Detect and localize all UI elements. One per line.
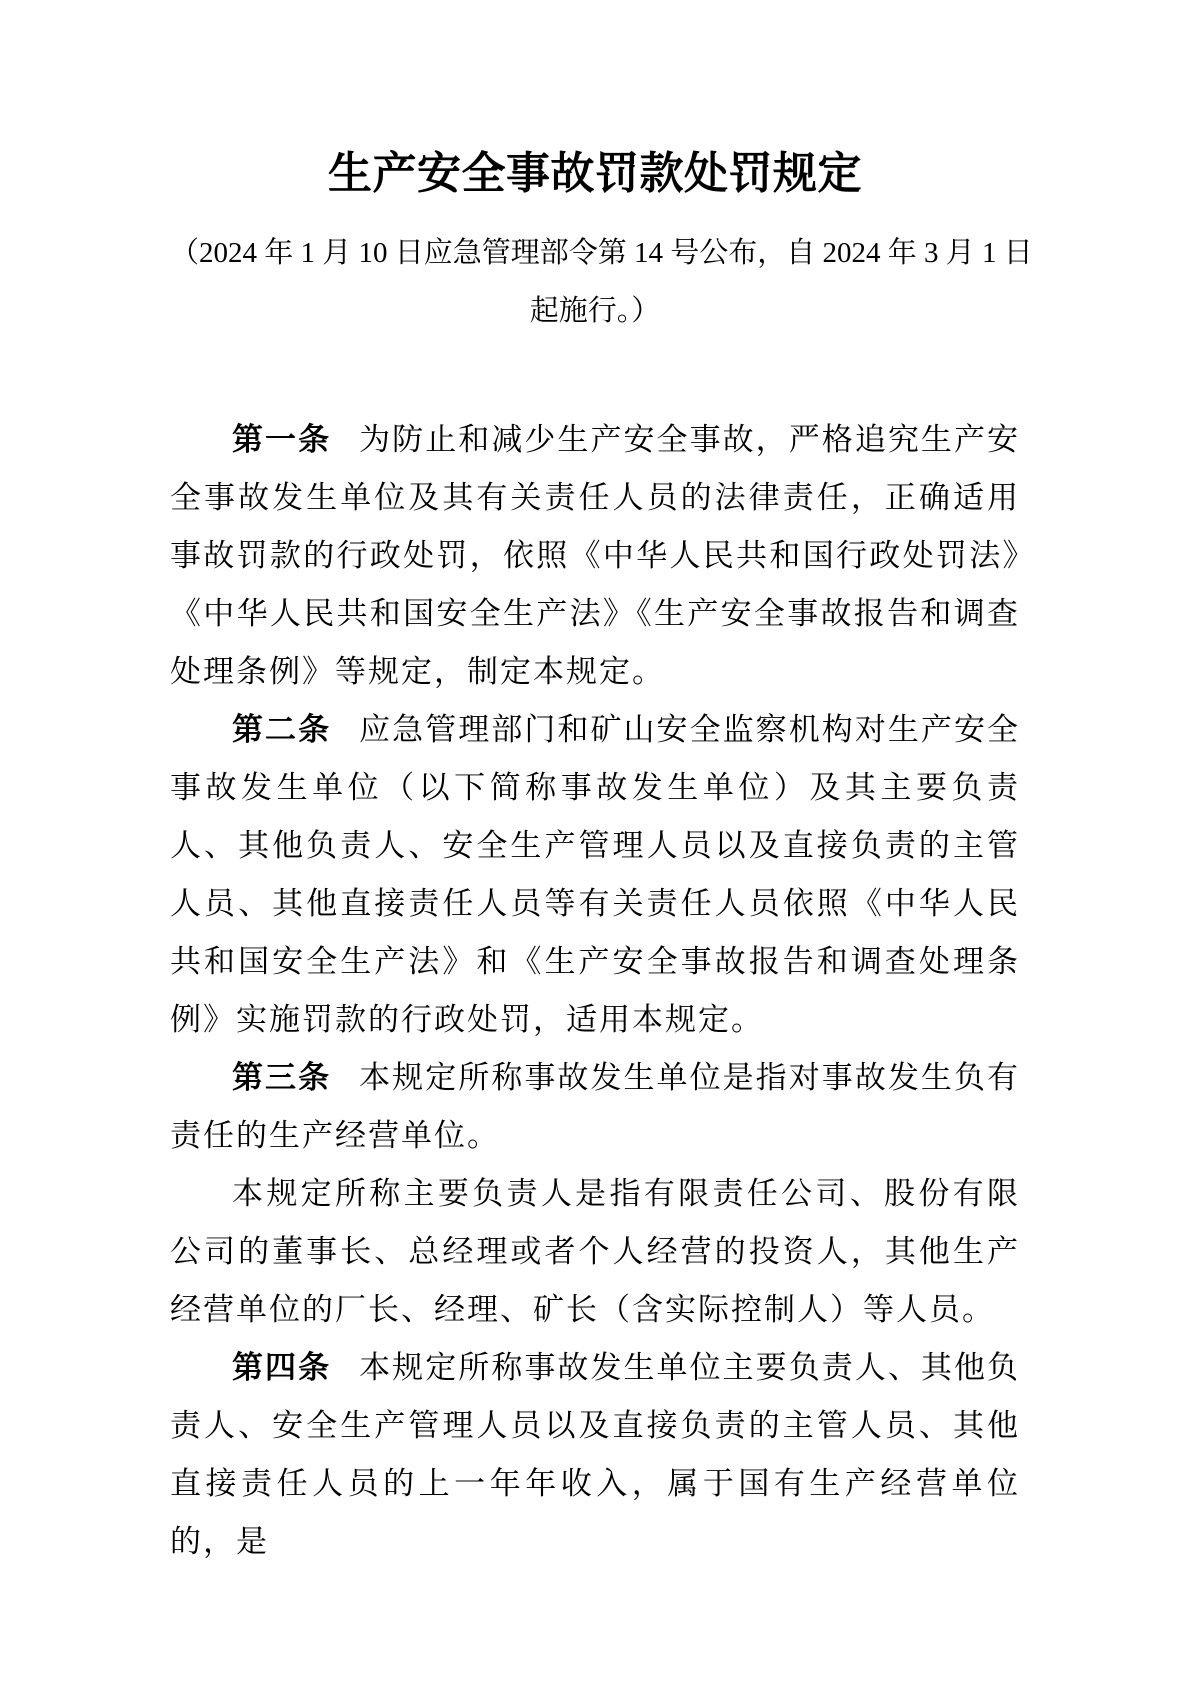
document-title: 生产安全事故罚款处罚规定 xyxy=(170,148,1020,200)
paragraph: 第二条应急管理部门和矿山安全监察机构对生产安全事故发生单位（以下简称事故发生单位… xyxy=(170,701,1020,1049)
article-number-label: 第二条 xyxy=(232,712,331,747)
article-number-label: 第四条 xyxy=(232,1350,331,1385)
paragraph: 第三条本规定所称事故发生单位是指对事故发生负有责任的生产经营单位。 xyxy=(170,1049,1020,1165)
document-body: 第一条为防止和减少生产安全事故，严格追究生产安全事故发生单位及其有关责任人员的法… xyxy=(170,411,1020,1571)
paragraph: 第四条本规定所称事故发生单位主要负责人、其他负责人、安全生产管理人员以及直接负责… xyxy=(170,1339,1020,1571)
subtitle-line-2: 起施行。） xyxy=(170,282,1020,340)
article-number-label: 第三条 xyxy=(232,1060,331,1095)
paragraph: 本规定所称主要负责人是指有限责任公司、股份有限公司的董事长、总经理或者个人经营的… xyxy=(170,1165,1020,1339)
document-subtitle: （2024 年 1 月 10 日应急管理部令第 14 号公布，自 2024 年 … xyxy=(170,224,1020,340)
article-number-label: 第一条 xyxy=(232,422,331,457)
paragraph: 第一条为防止和减少生产安全事故，严格追究生产安全事故发生单位及其有关责任人员的法… xyxy=(170,411,1020,701)
document-page: 生产安全事故罚款处罚规定 （2024 年 1 月 10 日应急管理部令第 14 … xyxy=(0,0,1190,1683)
subtitle-line-1: （2024 年 1 月 10 日应急管理部令第 14 号公布，自 2024 年 … xyxy=(170,224,1020,282)
